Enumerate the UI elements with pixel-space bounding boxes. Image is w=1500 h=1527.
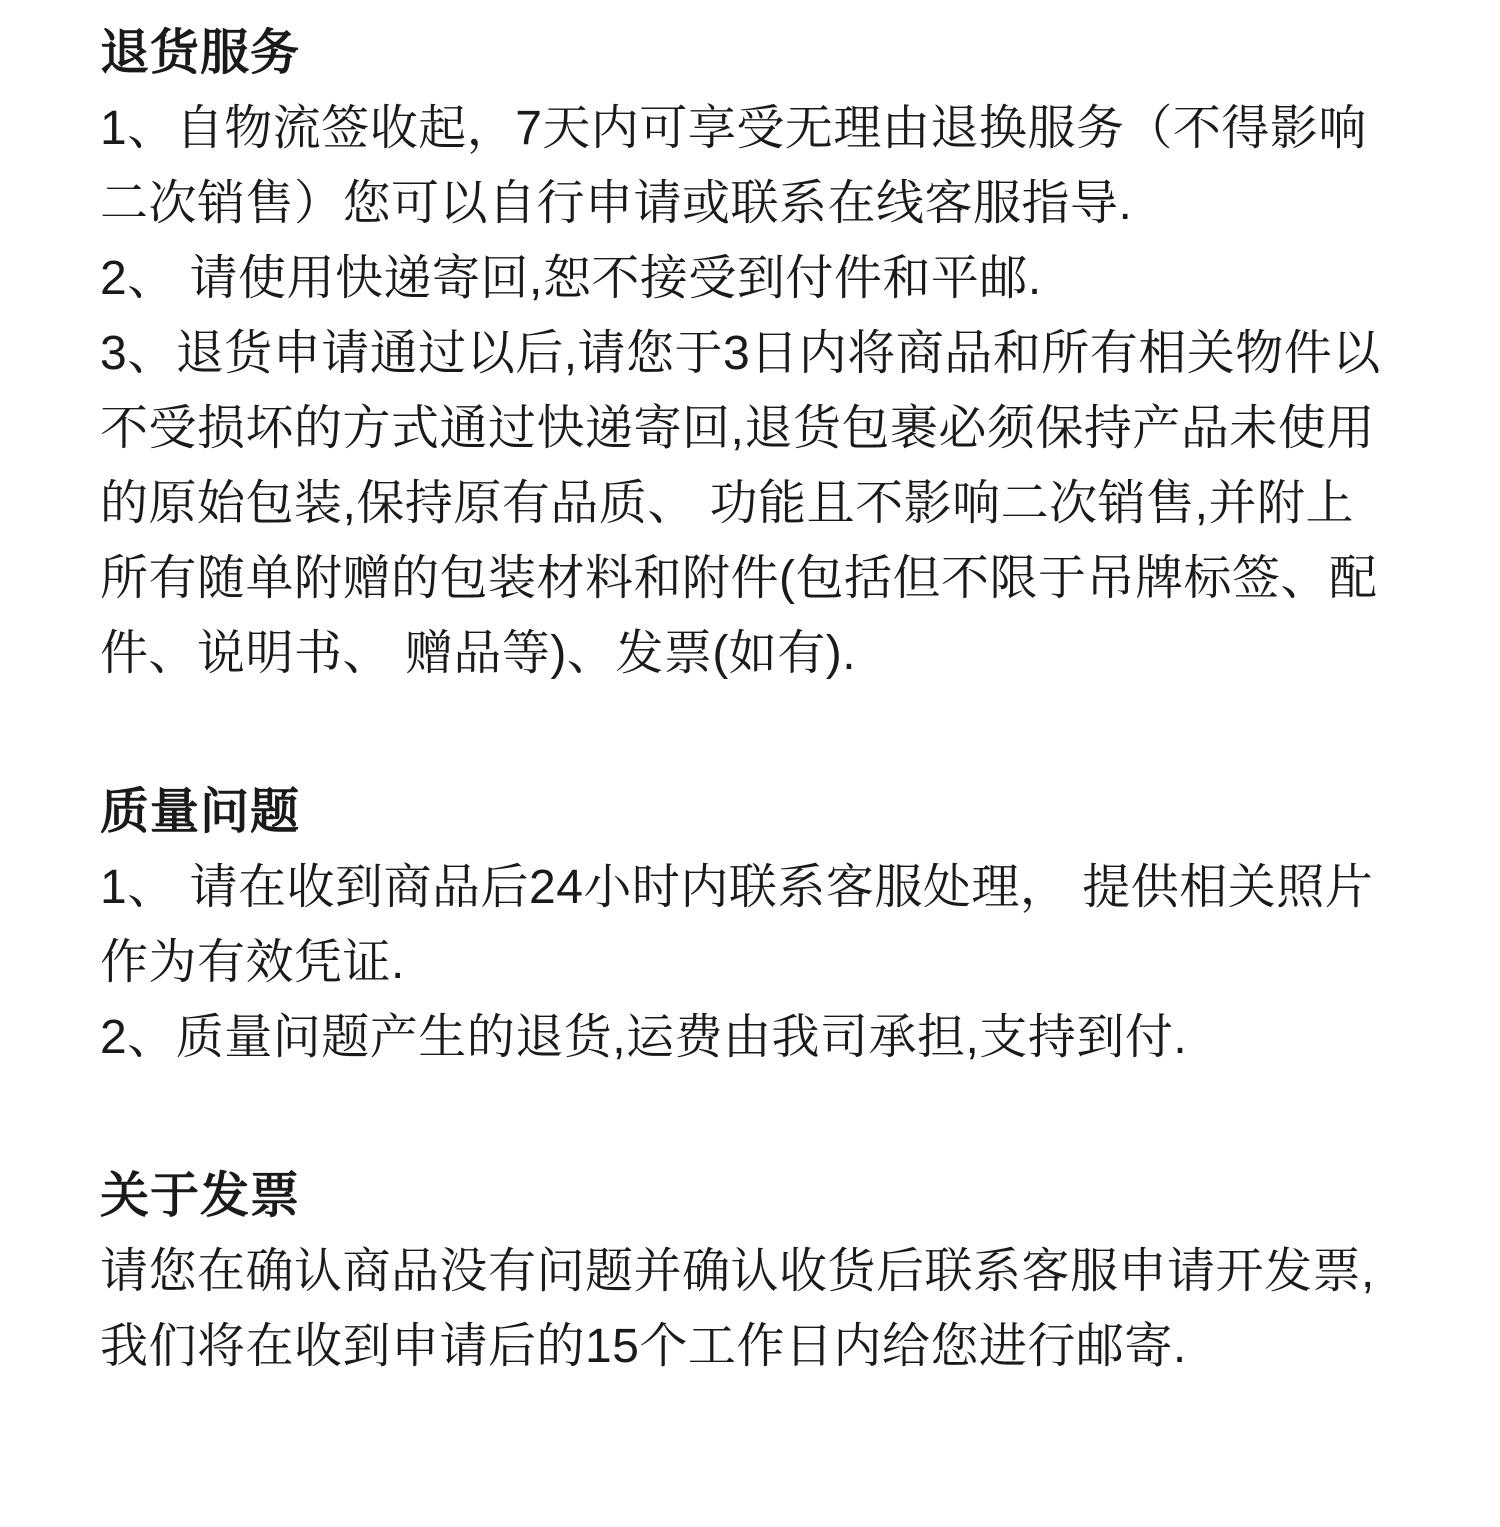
- section-heading-quality-issues: 质量问题: [100, 775, 1396, 850]
- section-about-invoice: 关于发票 请您在确认商品没有问题并确认收货后联系客服申请开发票,我们将在收到申请…: [100, 1159, 1396, 1384]
- policy-paragraph: 2、质量问题产生的退货,运费由我司承担,支持到付.: [100, 1000, 1396, 1075]
- section-return-service: 退货服务 1、自物流签收起，7天内可享受无理由退换服务（不得影响二次销售）您可以…: [100, 16, 1396, 691]
- section-heading-return-service: 退货服务: [100, 16, 1396, 91]
- policy-paragraph: 3、退货申请通过以后,请您于3日内将商品和所有相关物件以不受损坏的方式通过快递寄…: [100, 316, 1396, 691]
- policy-paragraph: 请您在确认商品没有问题并确认收货后联系客服申请开发票,我们将在收到申请后的15个…: [100, 1234, 1396, 1384]
- policy-paragraph: 1、自物流签收起，7天内可享受无理由退换服务（不得影响二次销售）您可以自行申请或…: [100, 91, 1396, 241]
- section-heading-about-invoice: 关于发票: [100, 1159, 1396, 1234]
- policy-paragraph: 2、 请使用快递寄回,恕不接受到付件和平邮.: [100, 241, 1396, 316]
- policy-paragraph: 1、 请在收到商品后24小时内联系客服处理， 提供相关照片作为有效凭证.: [100, 850, 1396, 1000]
- section-quality-issues: 质量问题 1、 请在收到商品后24小时内联系客服处理， 提供相关照片作为有效凭证…: [100, 775, 1396, 1075]
- return-policy-document: 退货服务 1、自物流签收起，7天内可享受无理由退换服务（不得影响二次销售）您可以…: [0, 0, 1500, 1444]
